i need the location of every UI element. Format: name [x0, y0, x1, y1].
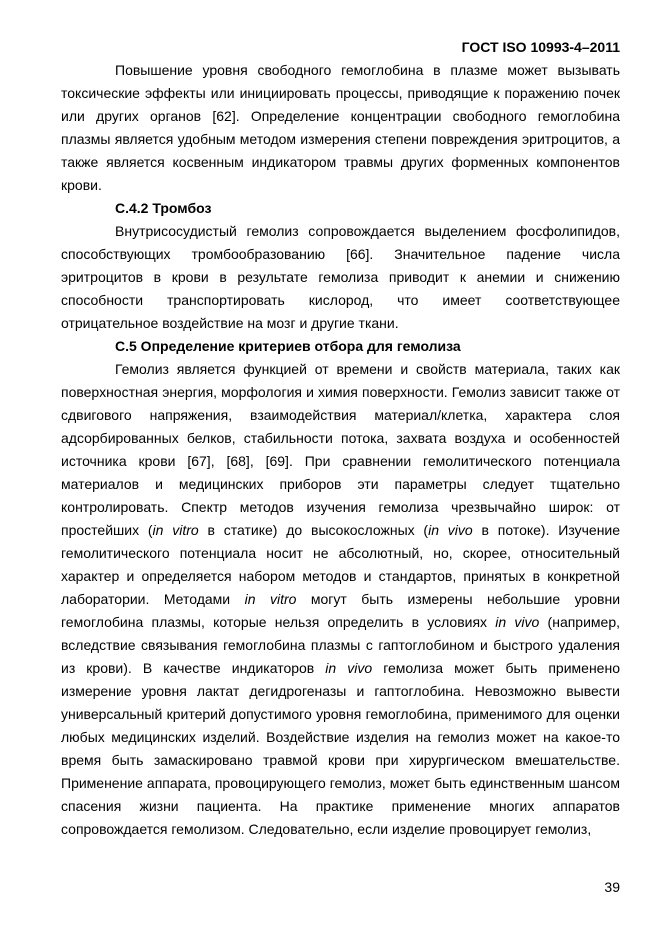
paragraph-free-hemoglobin: Повышение уровня свободного гемоглобина … — [61, 59, 620, 197]
document-page: ГОСТ ISO 10993-4–2011 Повышение уровня с… — [0, 0, 661, 935]
page-number: 39 — [604, 876, 620, 899]
section-heading-c4-2-thrombosis: С.4.2 Тромбоз — [61, 197, 620, 220]
paragraph-hemolysis-selection-criteria: Гемолиз является функцией от времени и с… — [61, 358, 620, 841]
paragraph-intravascular-hemolysis: Внутрисосудистый гемолиз сопровождается … — [61, 220, 620, 335]
section-heading-c5-hemolysis-criteria: С.5 Определение критериев отбора для гем… — [61, 335, 620, 358]
document-header-standard-number: ГОСТ ISO 10993-4–2011 — [61, 36, 620, 59]
